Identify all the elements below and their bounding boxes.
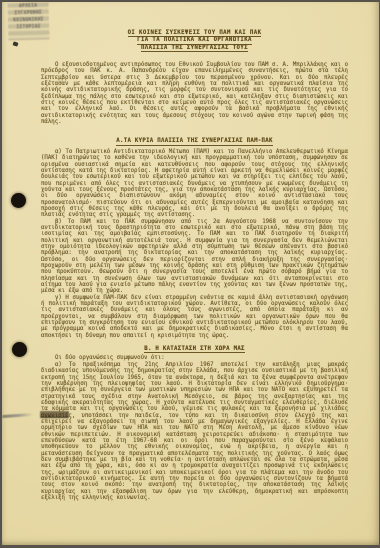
section-a-paragraph-c: γ) Η συμφωνία ΠΑΜ-ΠΑΚ δεν είναι στραμμέν… xyxy=(41,295,348,339)
ink-smudge xyxy=(40,411,69,418)
section-b-paragraph-a: α) Το πραξικόπημα της 21ης Απριλίου 1967… xyxy=(41,362,348,502)
title-line: ΠΛΑΙΣΙΑ ΤΗΣ ΣΥΝΕΡΓΑΣΙΑΣ ΤΟΥΣ xyxy=(41,45,348,52)
intro-paragraph: Ο εξουσιοδοτημένος αντιπρόσωπος του Εθνι… xyxy=(41,62,348,125)
pen-mark xyxy=(2,413,33,418)
document-title: ΟΙ ΚΟΙΝΕΣ ΣΥΣΚΕΨΕΙΣ ΤΟΥ ΠΑΜ ΚΑΙ ΠΑΚ ΓΙΑ … xyxy=(41,30,348,52)
typewritten-text: ΟΙ ΚΟΙΝΕΣ ΣΥΣΚΕΨΕΙΣ ΤΟΥ ΠΑΜ ΚΑΙ ΠΑΚ ΓΙΑ … xyxy=(41,30,348,501)
section-a-paragraph-a: α) Το Πατριωτικό Αντιδικτατορικό Μέτωπο … xyxy=(41,149,348,219)
hole-punch-bottom xyxy=(12,342,27,357)
ink-dot xyxy=(13,41,19,46)
scanned-document: ΑΡΧΕΙΑ ΣΥΓΧΡΟΝΗΣ ΚΟΙΝΩΝΙΚΗΣ ΙΣΤΟΡΙΑΣ ΟΙ … xyxy=(0,0,380,548)
section-b-heading: Β. Η ΚΑΤΑΣΤΑΣΗ ΣΤΗ ΧΩΡΑ ΜΑΣ xyxy=(41,346,348,353)
section-a-paragraph-b: β) Το ΠΑΜ και το ΠΑΚ συμφώνησαν από τις … xyxy=(41,219,348,295)
title-line: ΓΙΑ ΤΑ ΠΟΛΙΤΙΚΑ ΚΑΙ ΟΡΓΑΝΩΤΙΚΑ xyxy=(41,37,348,44)
hole-punch-top xyxy=(11,193,26,208)
paper-sheet: ΑΡΧΕΙΑ ΣΥΓΧΡΟΝΗΣ ΚΟΙΝΩΝΙΚΗΣ ΙΣΤΟΡΙΑΣ ΟΙ … xyxy=(2,2,379,545)
section-a-heading: Α.ΤΑ ΚΥΡΙΑ ΠΛΑΙΣΙΑ ΤΗΣ ΣΥΝΕΡΓΑΣΙΑΣ ΠΑΜ-Π… xyxy=(41,138,348,145)
